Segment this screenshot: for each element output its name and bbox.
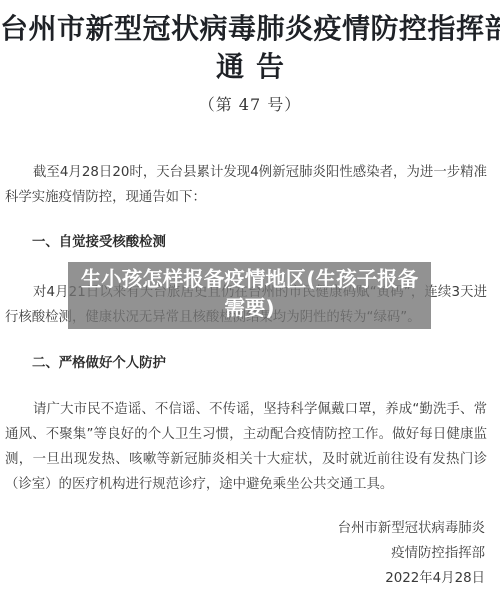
issue-number: （第 47 号）	[0, 94, 500, 116]
caption-overlay-text: 生小孩怎样报备疫情地区(生孩子报备需要)	[81, 267, 418, 320]
intro-paragraph: 截至4月28日20时，天台县累计发现4例新冠肺炎阳性感染者，为进一步精准科学实施…	[5, 160, 487, 210]
caption-overlay: 生小孩怎样报备疫情地区(生孩子报备需要)	[68, 262, 431, 329]
section-heading-1: 一、自觉接受核酸检测	[32, 232, 166, 254]
document-title: 台州市新型冠状病毒肺炎疫情防控指挥部	[0, 12, 500, 46]
signature-org-line-2: 疫情防控指挥部	[338, 541, 485, 566]
section-body-2: 请广大市民不造谣、不信谣、不传谣，坚持科学佩戴口罩，养成“勤洗手、常通风、不聚集…	[5, 397, 487, 497]
signature-block: 台州市新型冠状病毒肺炎 疫情防控指挥部 2022年4月28日	[338, 516, 485, 591]
signature-date: 2022年4月28日	[338, 566, 485, 591]
signature-org-line-1: 台州市新型冠状病毒肺炎	[338, 516, 485, 541]
notice-heading: 通告	[0, 50, 500, 84]
section-heading-2: 二、严格做好个人防护	[32, 353, 166, 375]
